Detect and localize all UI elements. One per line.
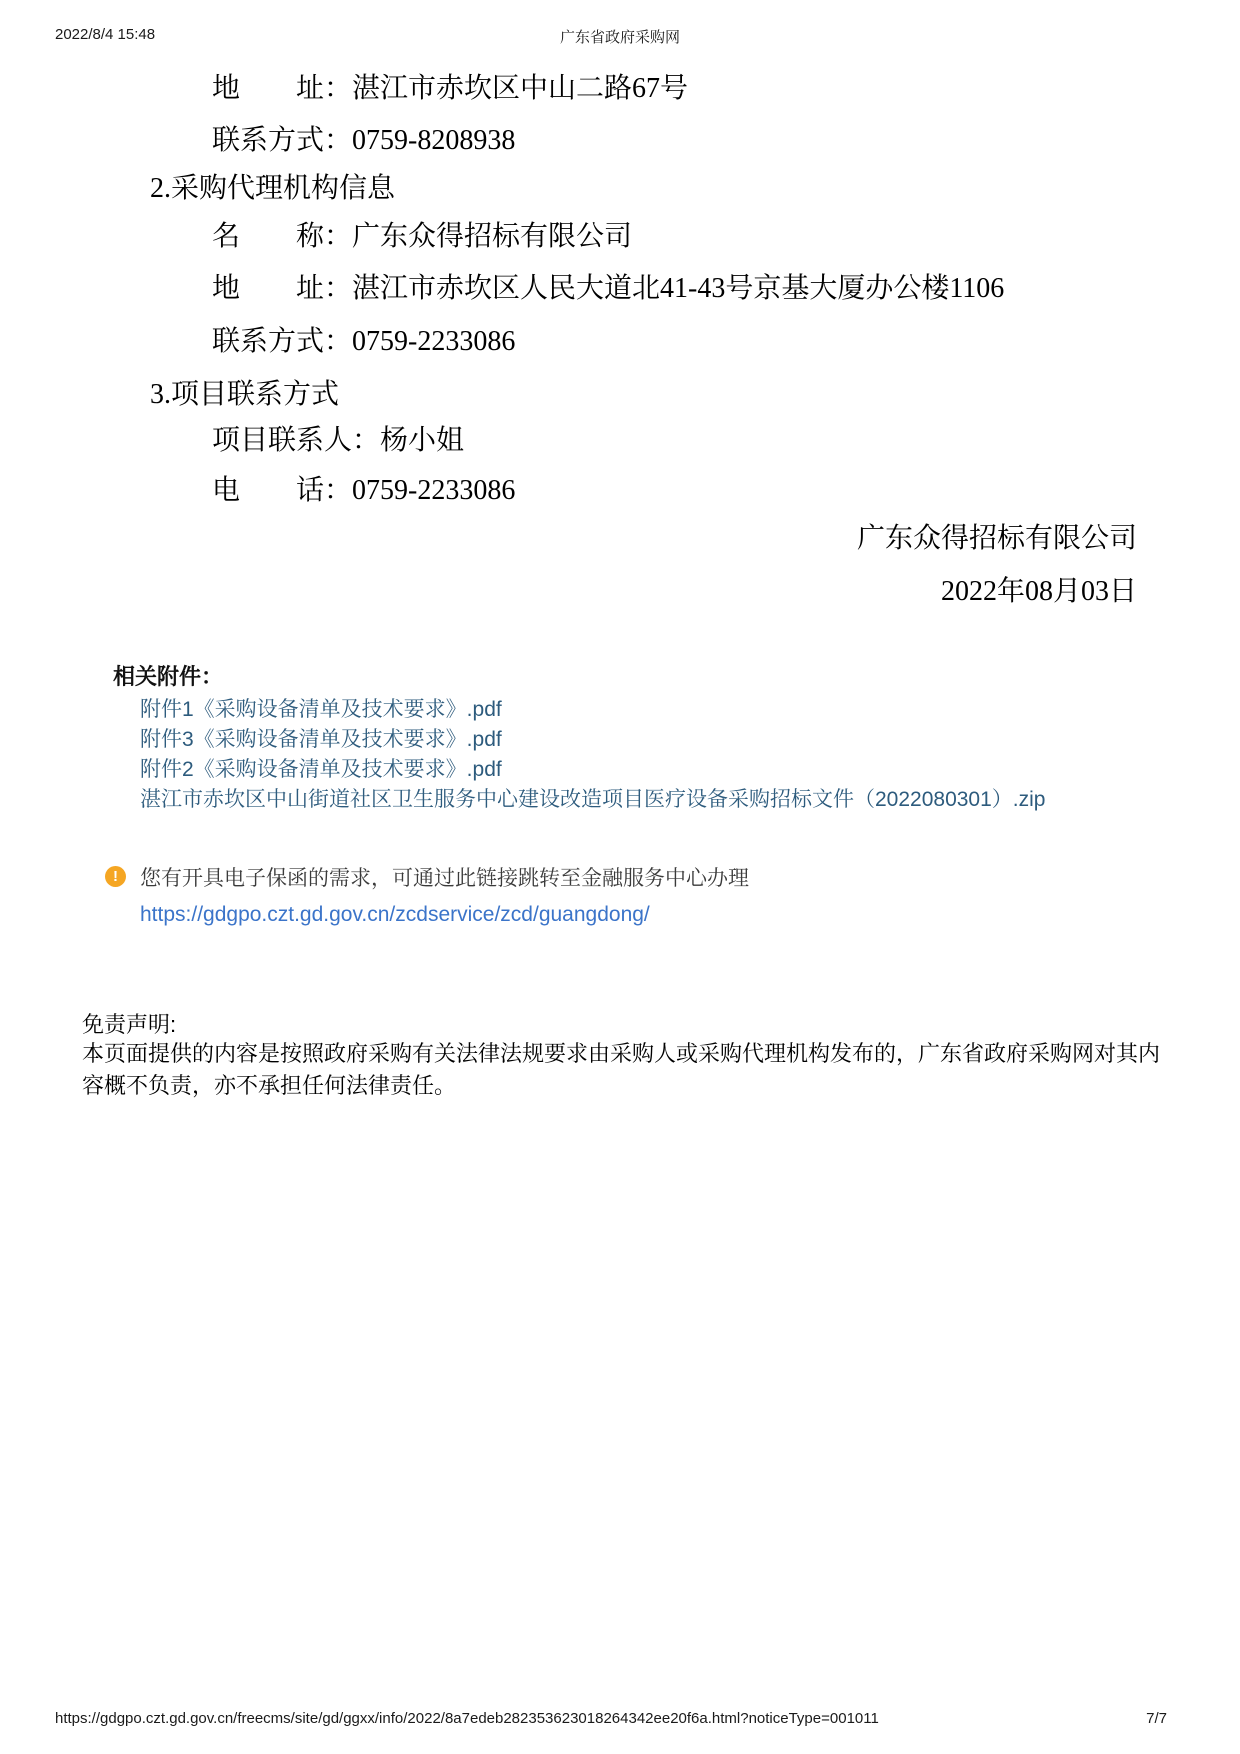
attachment-link-zip[interactable]: 湛江市赤坎区中山街道社区卫生服务中心建设改造项目医疗设备采购招标文件（20220…: [140, 785, 1045, 815]
disclaimer-body: 本页面提供的内容是按照政府采购有关法律法规要求由采购人或采购代理机构发布的，广东…: [82, 1038, 1167, 1102]
site-title: 广东省政府采购网: [0, 26, 1240, 47]
project-contact-person-line: 项目联系人：杨小姐: [212, 418, 464, 458]
print-source-url: https://gdgpo.czt.gd.gov.cn/freecms/site…: [55, 1710, 879, 1727]
project-phone-line: 电 话：0759-2233086: [212, 468, 515, 508]
attachments-label: 相关附件：: [113, 660, 223, 691]
contact-line-purchaser: 联系方式：0759-8208938: [212, 118, 515, 158]
exclamation-icon: !: [105, 866, 126, 887]
signature-company: 广东众得招标有限公司: [857, 516, 1137, 556]
page-number: 7/7: [1146, 1710, 1167, 1727]
agency-address-line: 地 址：湛江市赤坎区人民大道北41-43号京基大厦办公楼1106: [212, 266, 1004, 306]
attachment-link-pdf-3[interactable]: 附件3《采购设备清单及技术要求》.pdf: [140, 725, 1045, 755]
attachments-list: 附件1《采购设备清单及技术要求》.pdf 附件3《采购设备清单及技术要求》.pd…: [140, 695, 1045, 815]
address-line-purchaser: 地 址：湛江市赤坎区中山二路67号: [212, 66, 688, 106]
section-heading-agency: 2.采购代理机构信息: [150, 166, 395, 206]
attachment-link-pdf-1[interactable]: 附件1《采购设备清单及技术要求》.pdf: [140, 695, 1045, 725]
agency-contact-line: 联系方式：0759-2233086: [212, 319, 515, 359]
section-heading-contact: 3.项目联系方式: [150, 372, 339, 412]
attachment-link-pdf-2[interactable]: 附件2《采购设备清单及技术要求》.pdf: [140, 755, 1045, 785]
agency-name-line: 名 称：广东众得招标有限公司: [212, 214, 632, 254]
disclaimer-title: 免责声明:: [82, 1008, 176, 1039]
guarantee-notice-text: 您有开具电子保函的需求，可通过此链接跳转至金融服务中心办理: [140, 862, 749, 892]
finance-service-link[interactable]: https://gdgpo.czt.gd.gov.cn/zcdservice/z…: [140, 903, 650, 927]
print-page: 2022/8/4 15:48 广东省政府采购网 地 址：湛江市赤坎区中山二路67…: [0, 0, 1240, 1754]
signature-date: 2022年08月03日: [941, 569, 1137, 609]
